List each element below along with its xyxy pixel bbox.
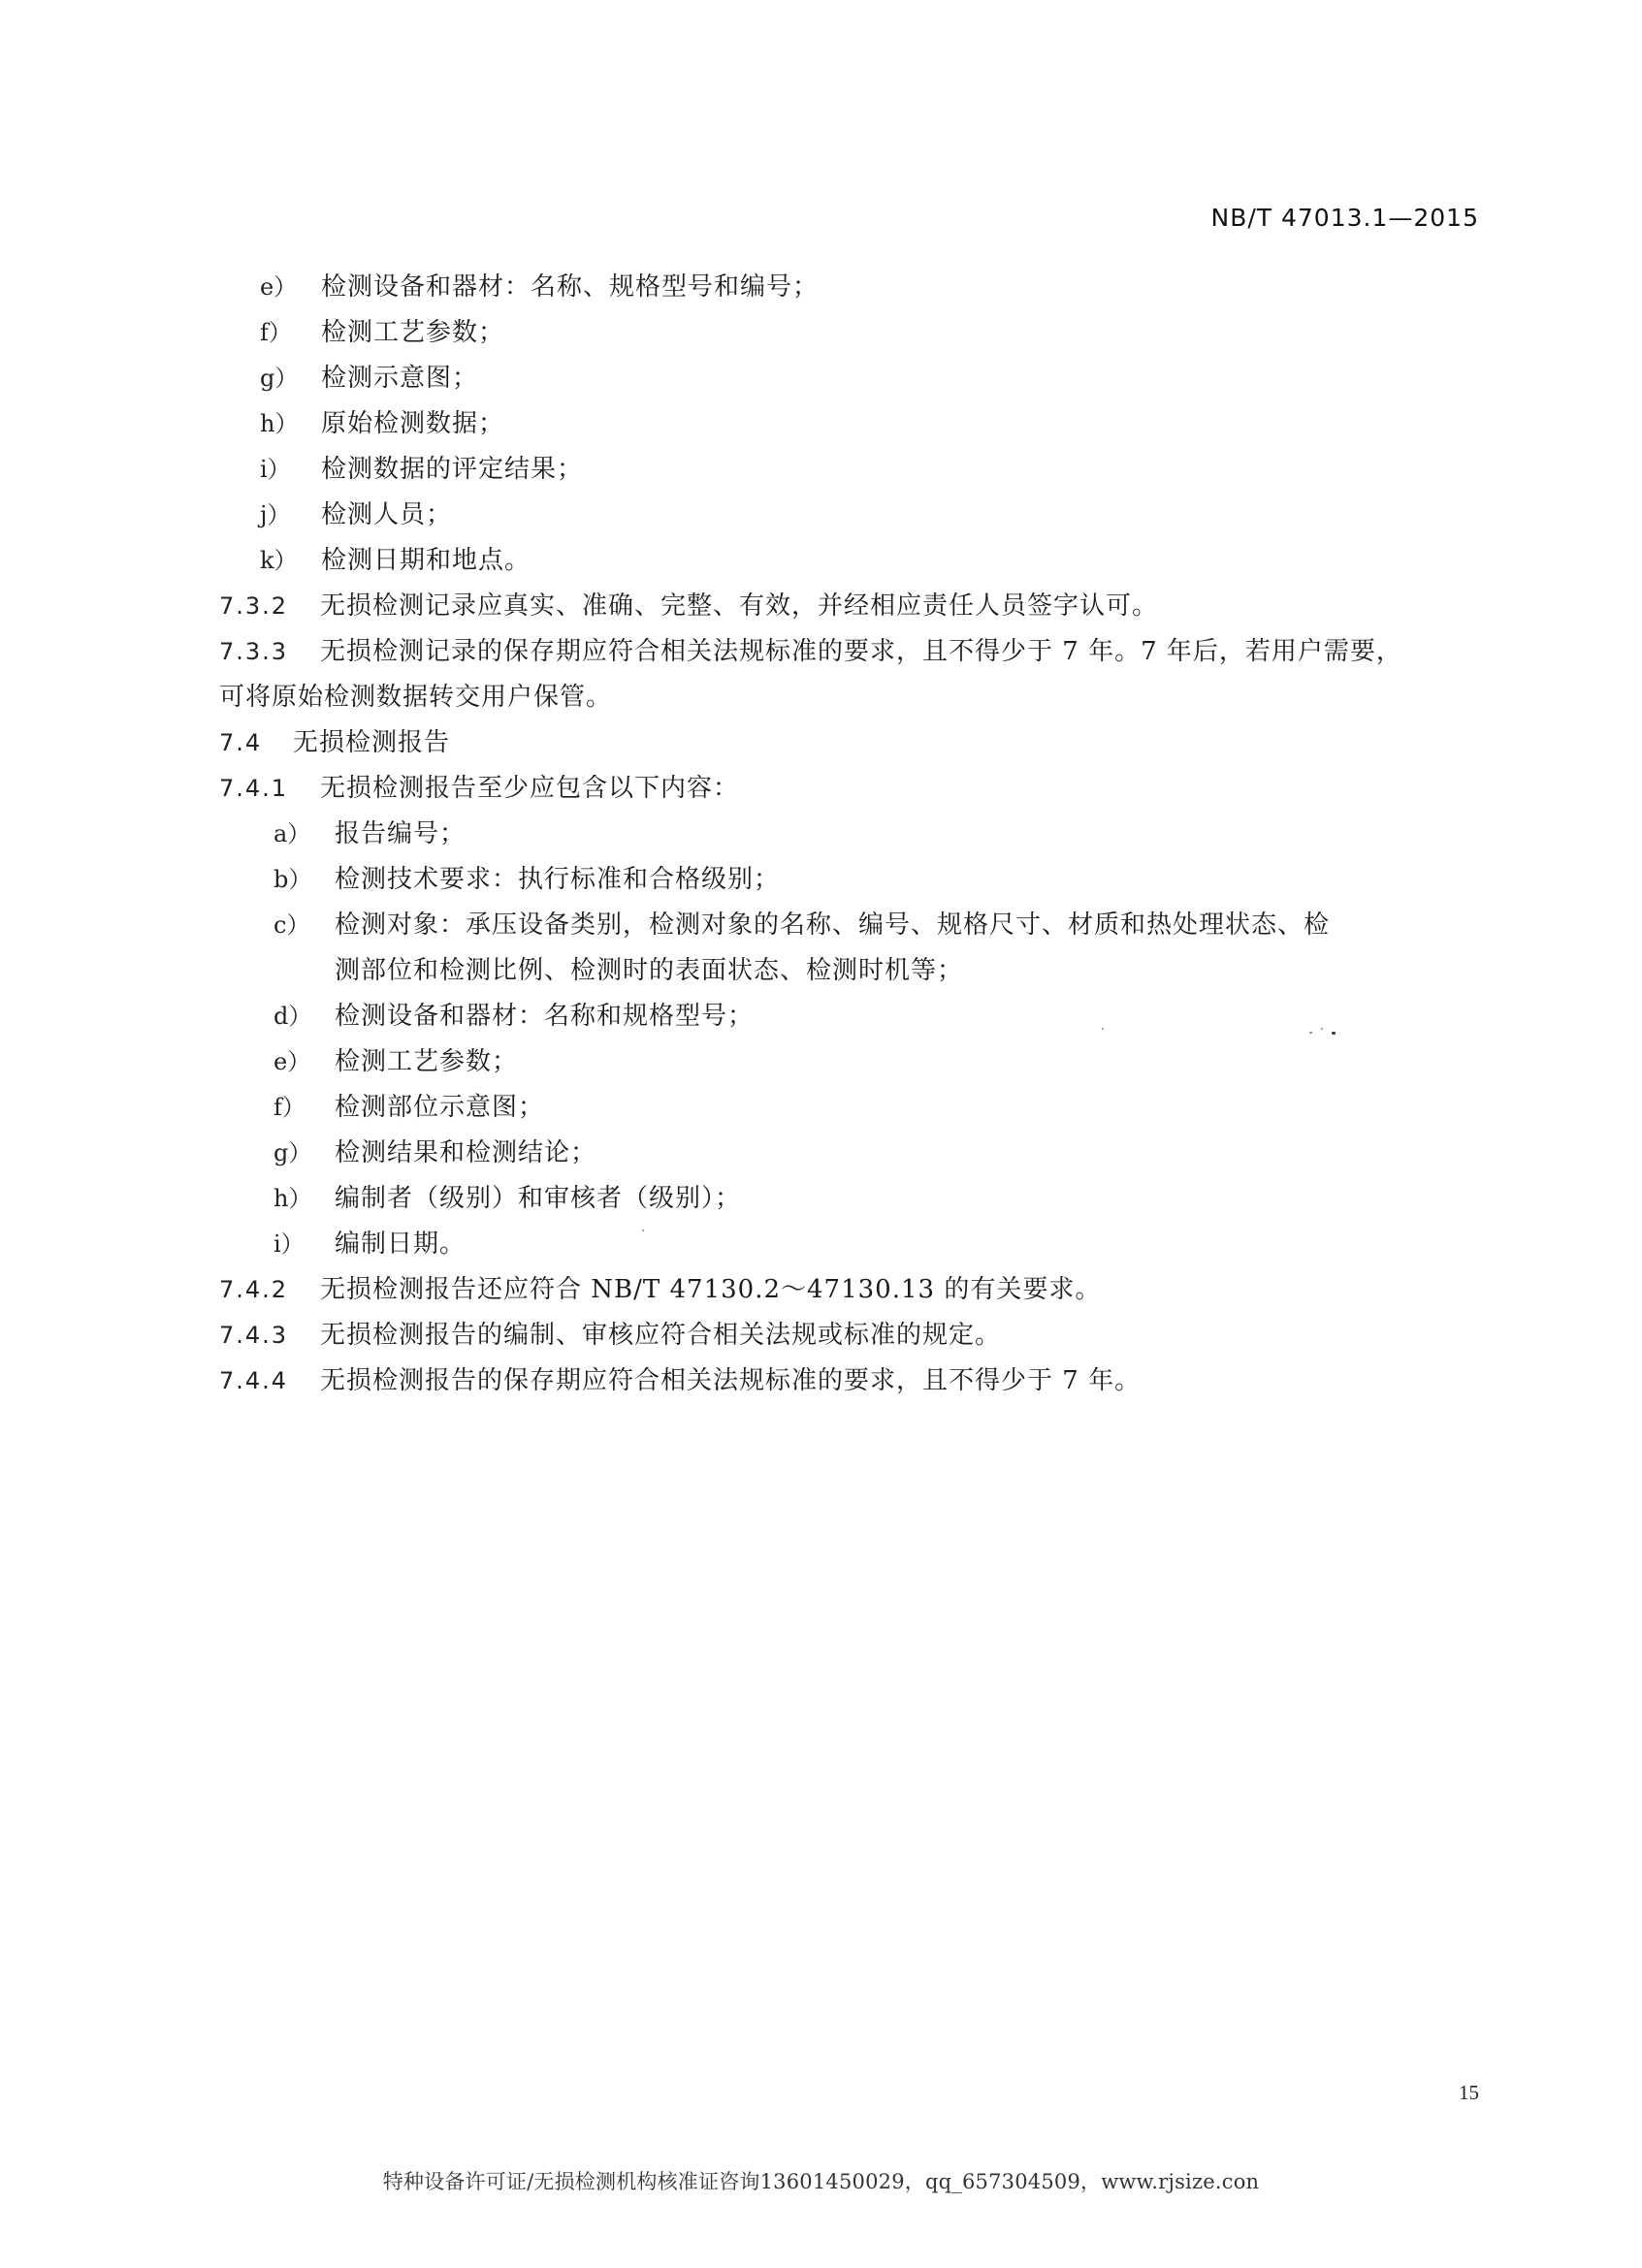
- list-item: i）检测数据的评定结果；: [260, 452, 583, 487]
- list-item-text: 检测结果和检测结论；: [335, 1135, 596, 1170]
- clause-7-4-4: 7.4.4无损检测报告的保存期应符合相关法规标准的要求，且不得少于 7 年。: [219, 1363, 1141, 1398]
- clause-number: 7.4.3: [219, 1318, 320, 1353]
- list-item-continuation: 测部位和检测比例、检测时的表面状态、检测时机等；: [335, 953, 963, 988]
- list-item-label: h）: [260, 406, 321, 441]
- list-item-text: 检测部位示意图；: [335, 1090, 544, 1125]
- list-item-label: i）: [274, 1227, 335, 1262]
- list-item-label: a）: [274, 816, 335, 851]
- list-item: b）检测技术要求：执行标准和合格级别；: [274, 862, 780, 897]
- clause-text: 无损检测报告还应符合 NB/T 47130.2～47130.13 的有关要求。: [320, 1272, 1101, 1307]
- clause-7-3-3: 7.3.3无损检测记录的保存期应符合相关法规标准的要求，且不得少于 7 年。7 …: [219, 634, 1402, 669]
- list-item-text: 检测对象：承压设备类别，检测对象的名称、编号、规格尺寸、材质和热处理状态、检: [335, 908, 1330, 942]
- section-number: 7.4: [219, 725, 293, 760]
- list-item-label: i）: [260, 452, 321, 487]
- list-item-label: e）: [274, 1044, 335, 1079]
- list-item-text: 检测工艺参数；: [321, 315, 504, 350]
- list-item-text: 检测设备和器材：名称和规格型号；: [335, 999, 754, 1034]
- scan-speck: [1332, 1032, 1336, 1035]
- list-item-label: k）: [260, 543, 321, 578]
- clause-7-4-3: 7.4.3无损检测报告的编制、审核应符合相关法规或标准的规定。: [219, 1318, 1001, 1353]
- list-item: f）检测部位示意图；: [274, 1090, 544, 1125]
- list-item-label: c）: [274, 908, 335, 942]
- section-title: 无损检测报告: [293, 725, 450, 760]
- clause-text: 无损检测报告至少应包含以下内容：: [320, 771, 739, 806]
- page-number: 15: [1459, 2081, 1479, 2105]
- list-item: j）检测人员；: [260, 497, 452, 532]
- list-item-text: 原始检测数据；: [321, 406, 504, 441]
- list-item: a）报告编号；: [274, 816, 466, 851]
- scan-speck: [1309, 1032, 1312, 1034]
- list-item-text: 检测设备和器材：名称、规格型号和编号；: [321, 270, 819, 304]
- list-item-text: 报告编号；: [335, 816, 466, 851]
- list-item-label: f）: [260, 315, 321, 350]
- clause-text: 无损检测记录应真实、准确、完整、有效，并经相应责任人员签字认可。: [320, 589, 1158, 623]
- scan-speck: [1321, 1028, 1323, 1030]
- list-item: g）检测示意图；: [260, 361, 478, 396]
- list-item-label: j）: [260, 497, 321, 532]
- list-item: k）检测日期和地点。: [260, 543, 531, 578]
- list-item: c）检测对象：承压设备类别，检测对象的名称、编号、规格尺寸、材质和热处理状态、检: [274, 908, 1330, 942]
- list-item-label: b）: [274, 862, 335, 897]
- list-item: e）检测工艺参数；: [274, 1044, 518, 1079]
- list-item-text: 编制日期。: [335, 1227, 466, 1262]
- list-item-label: g）: [260, 361, 321, 396]
- list-item-text: 检测示意图；: [321, 361, 478, 396]
- clause-number: 7.4.4: [219, 1363, 320, 1398]
- list-item-text: 检测数据的评定结果；: [321, 452, 583, 487]
- list-item-text: 检测日期和地点。: [321, 543, 531, 578]
- list-item: f）检测工艺参数；: [260, 315, 504, 350]
- scan-speck: [642, 1230, 644, 1231]
- list-item: d）检测设备和器材：名称和规格型号；: [274, 999, 754, 1034]
- list-item: i）编制日期。: [274, 1227, 466, 1262]
- list-item-label: d）: [274, 999, 335, 1034]
- section-heading-7-4: 7.4无损检测报告: [219, 725, 450, 760]
- clause-text: 无损检测报告的保存期应符合相关法规标准的要求，且不得少于 7 年。: [320, 1363, 1141, 1398]
- document-page: NB/T 47013.1—2015 e）检测设备和器材：名称、规格型号和编号； …: [0, 0, 1642, 2268]
- clause-7-3-2: 7.3.2无损检测记录应真实、准确、完整、有效，并经相应责任人员签字认可。: [219, 589, 1158, 623]
- list-item-text: 检测人员；: [321, 497, 452, 532]
- clause-text: 无损检测记录的保存期应符合相关法规标准的要求，且不得少于 7 年。7 年后，若用…: [320, 634, 1402, 669]
- standard-code-header: NB/T 47013.1—2015: [1211, 204, 1480, 232]
- list-item-text: 检测技术要求：执行标准和合格级别；: [335, 862, 780, 897]
- clause-number: 7.3.3: [219, 634, 320, 669]
- clause-number: 7.4.2: [219, 1272, 320, 1307]
- clause-number: 7.4.1: [219, 771, 320, 806]
- clause-7-4-1: 7.4.1无损检测报告至少应包含以下内容：: [219, 771, 739, 806]
- clause-7-4-2: 7.4.2无损检测报告还应符合 NB/T 47130.2～47130.13 的有…: [219, 1272, 1101, 1307]
- footer-text: 特种设备许可证/无损检测机构核准证咨询13601450029，qq_657304…: [0, 2166, 1642, 2195]
- list-item-label: h）: [274, 1181, 335, 1216]
- list-item: h）原始检测数据；: [260, 406, 504, 441]
- list-item: h）编制者（级别）和审核者（级别）；: [274, 1181, 741, 1216]
- list-item-text: 检测工艺参数；: [335, 1044, 518, 1079]
- list-item: e）检测设备和器材：名称、规格型号和编号；: [260, 270, 819, 304]
- clause-text: 无损检测报告的编制、审核应符合相关法规或标准的规定。: [320, 1318, 1001, 1353]
- clause-7-3-3-continuation: 可将原始检测数据转交用户保管。: [219, 680, 612, 715]
- list-item: g）检测结果和检测结论；: [274, 1135, 596, 1170]
- list-item-label: e）: [260, 270, 321, 304]
- list-item-text: 编制者（级别）和审核者（级别）；: [335, 1181, 741, 1216]
- list-item-label: g）: [274, 1135, 335, 1170]
- scan-speck: [1102, 1028, 1104, 1030]
- list-item-label: f）: [274, 1090, 335, 1125]
- clause-number: 7.3.2: [219, 589, 320, 623]
